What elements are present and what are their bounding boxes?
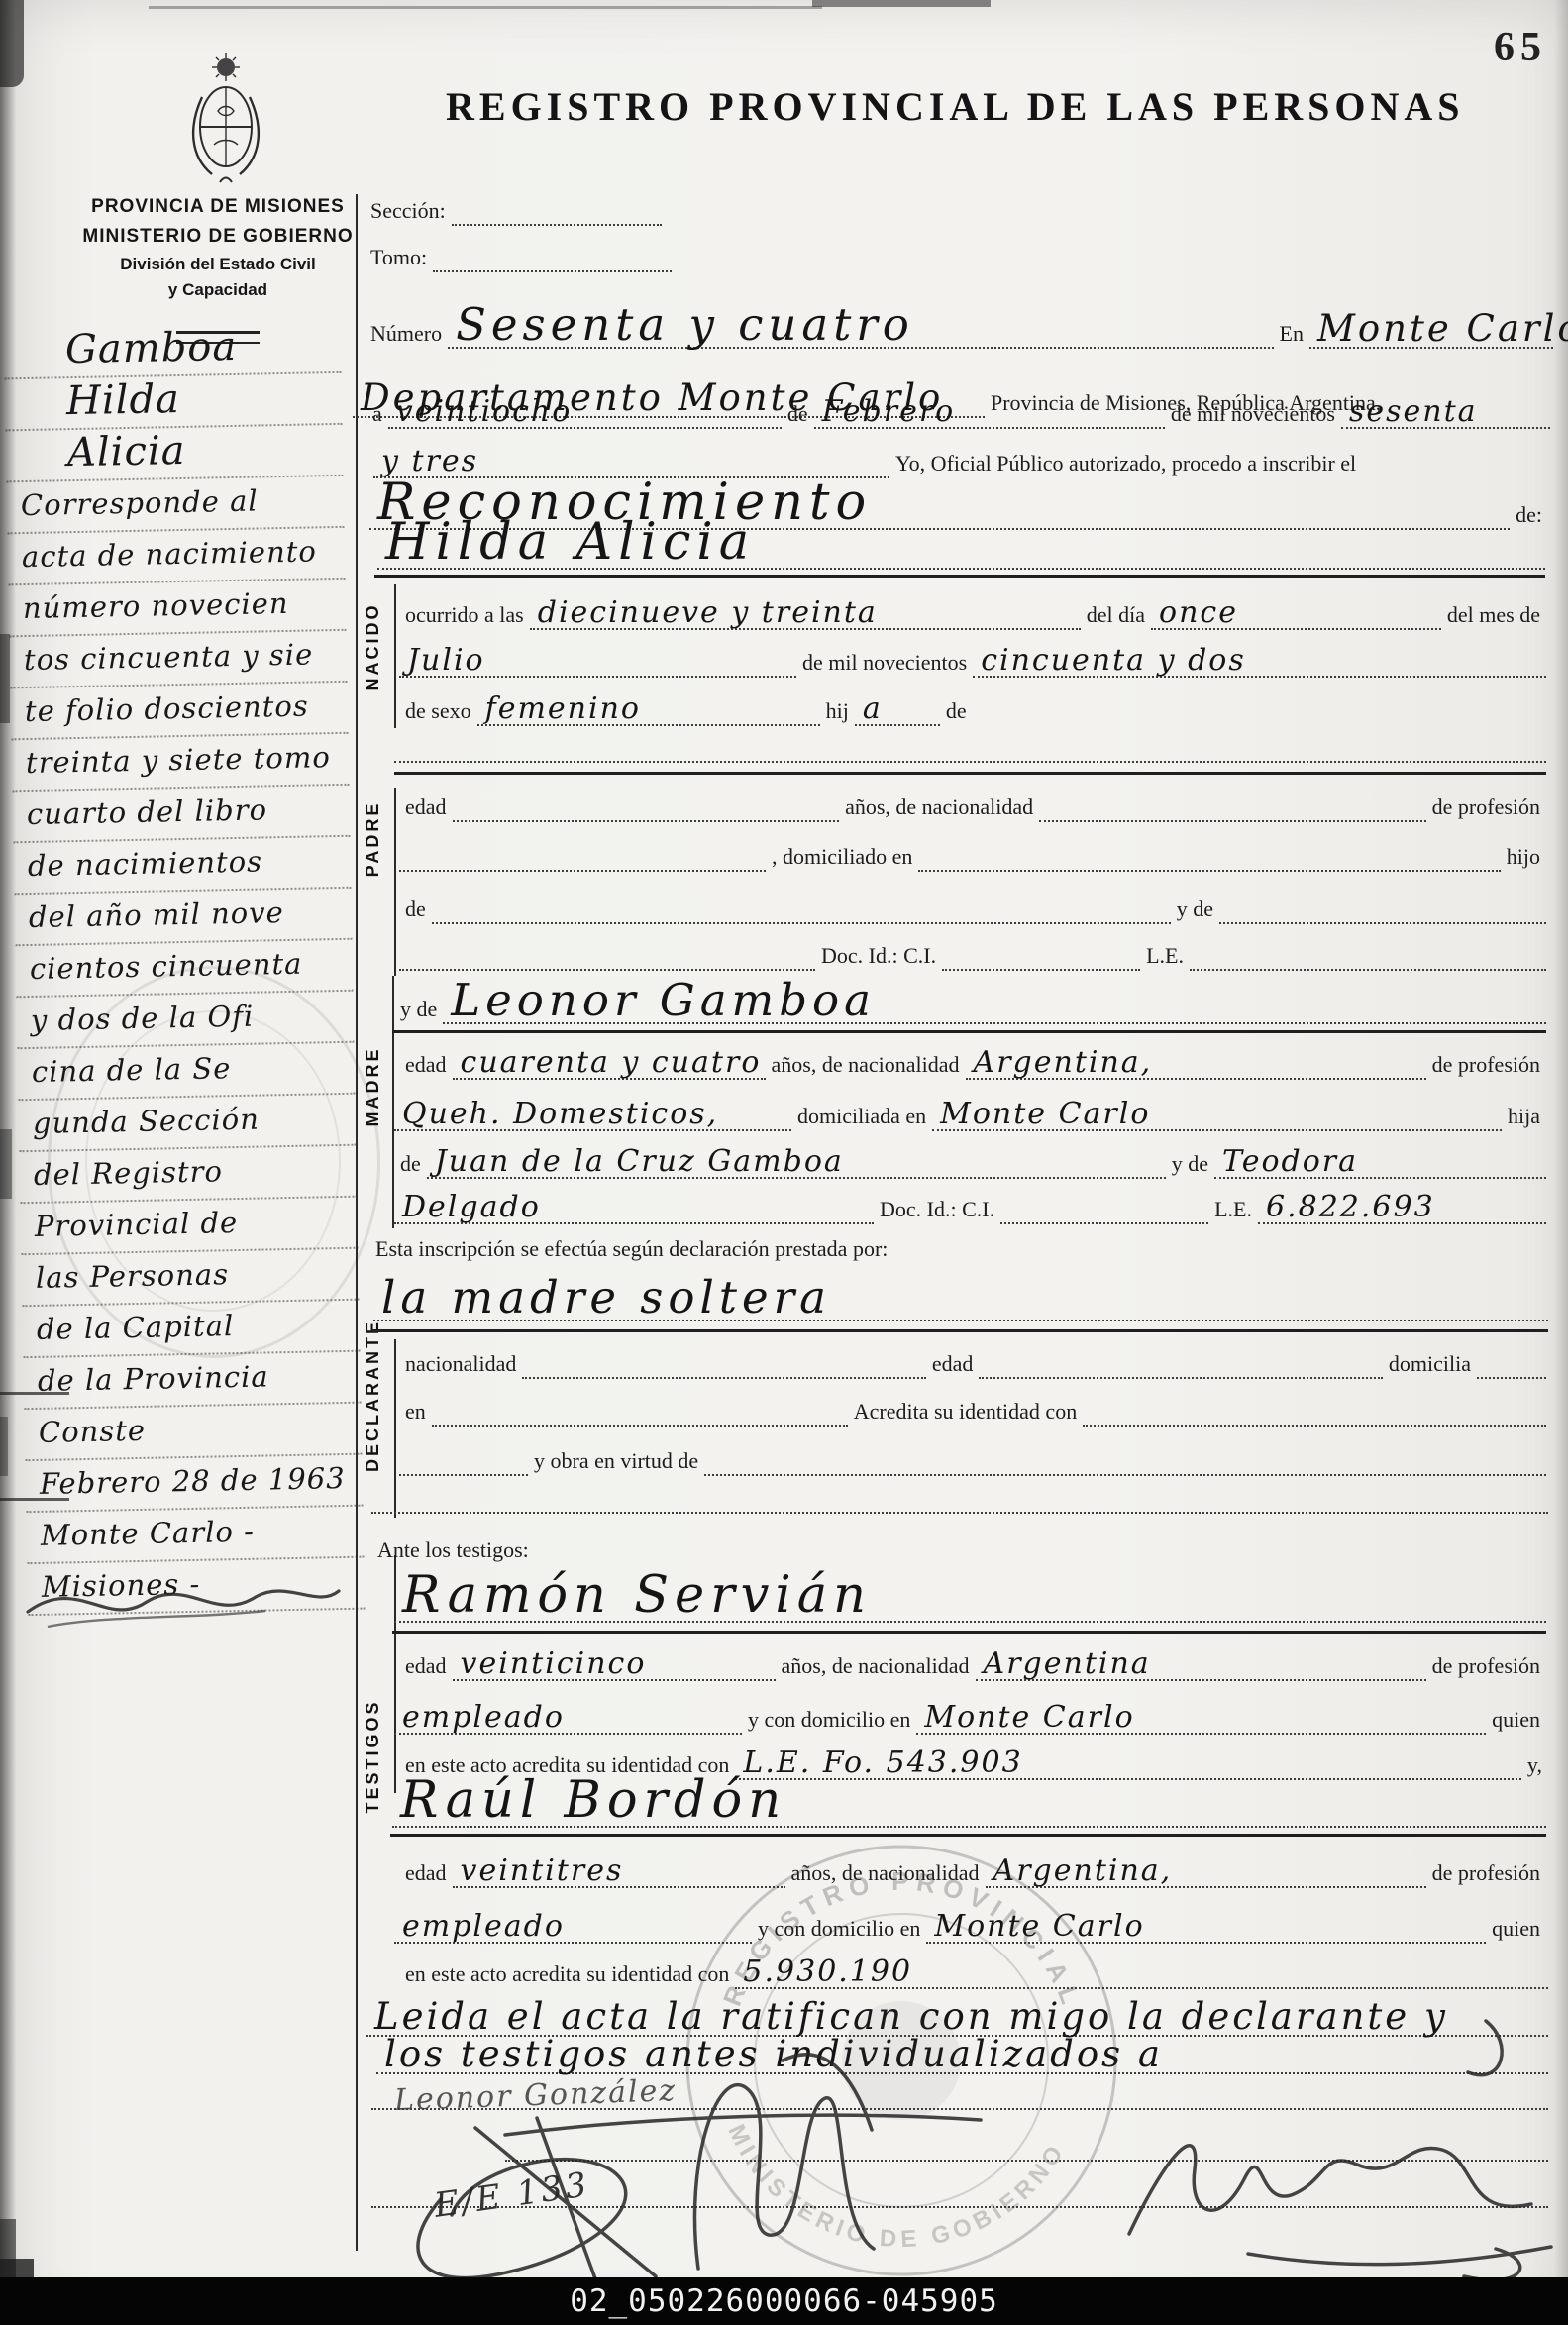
profesion-label: de profesión <box>1426 1052 1546 1080</box>
hora-value: diecinueve y treinta <box>530 598 1081 630</box>
testigo1-nacionalidad-value: Argentina <box>976 1649 1426 1681</box>
madre-nombre-value: Leonor Gamboa <box>443 978 1546 1024</box>
heavy-rule <box>374 575 1545 578</box>
row-declarante-nac: nacionalidad edad domicilia <box>399 1343 1546 1379</box>
margin-note-line: Conste <box>25 1404 363 1462</box>
tomo-label: Tomo: <box>365 245 433 272</box>
row-padre-edad: edad años, de nacionalidad de profesión <box>399 787 1546 822</box>
nacionalidad-label: años, de nacionalidad <box>776 1653 976 1681</box>
edad-label: edad <box>399 1653 453 1681</box>
margin-note-line: tos cincuenta y sie <box>10 631 348 689</box>
row-madre-nombre: y de Leonor Gamboa <box>394 965 1546 1024</box>
blank-field <box>979 1377 1382 1379</box>
blank-field <box>1000 1222 1208 1224</box>
margin-note-line: te folio doscientos <box>11 683 349 741</box>
signature-center <box>783 2055 872 2130</box>
blank-line <box>371 1512 1548 1514</box>
section-bracket <box>394 584 396 728</box>
dia-value: veintiocho <box>388 397 782 429</box>
heavy-rule <box>394 772 1546 775</box>
row-inscripto: Hilda Alicia <box>377 508 1545 570</box>
abuelo-value: Juan de la Cruz Gamboa <box>427 1147 1166 1179</box>
madre-domicilio-value: Monte Carlo <box>932 1100 1502 1131</box>
signature-officer-tail <box>1248 2247 1551 2265</box>
blank-field <box>399 870 766 872</box>
margin-note-line: acta de nacimiento <box>8 528 346 586</box>
margin-note-line: de nacimientos <box>14 837 352 896</box>
blank-field <box>1219 922 1546 924</box>
row-declaracion-por: la madre soltera <box>373 1264 1548 1321</box>
y-de-label: y de <box>394 997 443 1024</box>
edad-label: edad <box>399 794 453 822</box>
blank-field <box>399 1474 528 1476</box>
de-label: de <box>940 698 973 726</box>
margin-note-line: las Personas <box>22 1249 360 1308</box>
testigo2-nombre-value: Raúl Bordón <box>392 1775 1546 1828</box>
row-padre-domicilio: , domiciliado en hijo <box>399 836 1546 872</box>
madre-edad-value: cuarenta y cuatro <box>453 1048 766 1080</box>
quien-label: quien <box>1486 1916 1546 1944</box>
en-label: en <box>399 1399 432 1427</box>
letterhead: PROVINCIA DE MISIONES MINISTERIO DE GOBI… <box>79 192 357 303</box>
row-tomo: Tomo: <box>365 239 672 272</box>
nacionalidad-label: nacionalidad <box>399 1351 522 1379</box>
margin-note-line: del Registro <box>20 1146 358 1205</box>
margin-note-line: Hilda <box>5 373 343 432</box>
signature-flourish <box>1468 2021 1502 2075</box>
scan-mark <box>0 634 10 723</box>
row-padre-abuelos: de y de <box>399 889 1546 924</box>
scan-mark <box>812 0 991 7</box>
margin-note-line: de la Provincia <box>24 1352 362 1411</box>
margin-note-line: Provincial de <box>21 1198 359 1256</box>
blank-field <box>1039 820 1426 822</box>
domicilia-label: domicilia <box>1383 1351 1477 1379</box>
declaracion-intro-label: Esta inscripción se efectúa según declar… <box>369 1236 893 1264</box>
margin-signature <box>18 1567 345 1637</box>
signature-oval <box>418 2160 626 2277</box>
blank-field <box>522 1377 925 1379</box>
section-bracket <box>394 1339 396 1518</box>
blank-field <box>1083 1425 1546 1427</box>
nacionalidad-label: años, de nacionalidad <box>839 794 1039 822</box>
row-ocurrido: ocurrido a las diecinueve y treinta del … <box>399 588 1546 630</box>
scan-mark <box>0 0 24 87</box>
declarado-por-value: la madre soltera <box>373 1275 1548 1321</box>
de-label: de <box>394 1151 427 1179</box>
margin-note-line: número novecien <box>9 580 347 638</box>
row-declaracion-intro: Esta inscripción se efectúa según declar… <box>369 1234 1459 1264</box>
margin-note-line: Corresponde al <box>7 476 345 535</box>
numero-label: Número <box>365 321 448 349</box>
seccion-label: Sección: <box>365 198 452 226</box>
le-label: L.E. <box>1208 1197 1258 1224</box>
y-de-label: y de <box>1171 897 1219 924</box>
blank-line <box>394 761 1546 763</box>
profesion-label: de profesión <box>1426 1860 1546 1888</box>
margin-note-line: Gamboa <box>4 322 342 380</box>
quien-label: quien <box>1486 1707 1546 1735</box>
del-dia-label: del día <box>1081 602 1151 630</box>
edad-label: edad <box>926 1351 980 1379</box>
hija-label: hija <box>1502 1104 1546 1131</box>
abuela-value: Teodora <box>1214 1147 1546 1179</box>
margin-note-line: gunda Sección <box>19 1095 357 1153</box>
footer-id: 02_050226000066-045905 <box>570 2283 998 2319</box>
row-seccion: Sección: <box>365 192 662 226</box>
section-label-nacido: NACIDO <box>363 584 383 709</box>
domicilio-label: y con domicilio en <box>742 1707 916 1735</box>
margin-note: GamboaHildaAliciaCorresponde alacta de n… <box>4 322 366 1616</box>
letterhead-line: División del Estado Civil <box>79 252 357 277</box>
row-testigo1-nombre: Ramón Servián <box>394 1557 1546 1623</box>
nacionalidad-label: años, de nacionalidad <box>766 1052 966 1080</box>
hij-label: hij <box>820 698 855 726</box>
row-numero: Número Sesenta y cuatro En Monte Carlo <box>365 289 1553 349</box>
heavy-rule <box>392 1631 1546 1634</box>
row-madre-abuelos: de Juan de la Cruz Gamboa y de Teodora <box>394 1135 1546 1179</box>
profesion-label: de profesión <box>1426 1653 1546 1681</box>
section-label-madre: MADRE <box>363 1032 383 1141</box>
margin-note-line: Alicia <box>6 425 344 483</box>
section-label-padre: PADRE <box>363 785 383 894</box>
margin-note-line: treinta y siete tomo <box>12 734 350 793</box>
inscripto-value: Hilda Alicia <box>377 517 1545 570</box>
de-label: de <box>782 401 814 429</box>
en-label: En <box>1274 321 1309 349</box>
footer-bar: 02_050226000066-045905 <box>0 2277 1568 2325</box>
scanned-document-page: 65 REGISTRO PROVINCIAL DE LAS PERSONAS P… <box>0 0 1568 2325</box>
testigo1-edad-value: veinticinco <box>453 1649 776 1681</box>
del-mes-label: del mes de <box>1441 602 1546 630</box>
margin-note-line: Febrero 28 de 1963 <box>26 1455 364 1514</box>
heavy-rule <box>371 1329 1548 1332</box>
madre-le-value: 6.822.693 <box>1258 1193 1546 1224</box>
mes-value: Febrero <box>814 397 1165 429</box>
blank-field <box>452 224 662 226</box>
margin-note-line: cientos cincuenta <box>16 940 354 999</box>
row-declarante-obra: y obra en virtud de <box>399 1440 1546 1476</box>
row-mes-nac: Julio de mil novecientos cincuenta y dos <box>399 636 1546 678</box>
signatures <box>357 2001 1568 2277</box>
blank-field <box>453 820 840 822</box>
page-number: 65 <box>1494 24 1547 71</box>
edad-label: edad <box>399 1052 453 1080</box>
madre-nacionalidad-value: Argentina, <box>966 1048 1426 1080</box>
abuela2-value: Delgado <box>394 1193 874 1224</box>
form-border <box>356 194 358 2251</box>
testigo1-profesion-value: empleado <box>394 1703 742 1735</box>
row-madre-doc: Delgado Doc. Id.: C.I. L.E. 6.822.693 <box>394 1181 1546 1224</box>
sexo-value: femenino <box>477 694 820 726</box>
letterhead-line: PROVINCIA DE MISIONES <box>79 192 357 222</box>
blank-field <box>432 1425 848 1427</box>
domiciliado-label: , domiciliado en <box>766 844 918 872</box>
edad-label: edad <box>399 1860 453 1888</box>
signature-officer <box>1129 2146 1531 2234</box>
row-madre-edad: edad cuarenta y cuatro años, de nacional… <box>399 1036 1546 1080</box>
doc-id-label: Doc. Id.: C.I. <box>874 1197 1000 1224</box>
section-bracket <box>394 788 396 976</box>
hijo-label: hijo <box>1501 844 1546 872</box>
blank-field <box>433 270 672 272</box>
numero-value: Sesenta y cuatro <box>448 302 1273 349</box>
hij-sufijo-value: a <box>855 694 940 726</box>
row-testigo1-domicilio: empleado y con domicilio en Monte Carlo … <box>394 1689 1546 1735</box>
margin-note-line: Monte Carlo - <box>27 1507 365 1565</box>
row-fecha: a veintiocho de Febrero de mil novecient… <box>366 387 1550 429</box>
anio-value: sesenta <box>1341 397 1550 429</box>
scan-mark <box>149 6 822 9</box>
mes-nac-value: Julio <box>399 646 796 678</box>
de-mil-label: de mil novecientos <box>1165 401 1341 429</box>
margin-note-line: cina de la Se <box>18 1043 356 1102</box>
letterhead-line: y Capacidad <box>79 277 357 303</box>
section-label-testigos: TESTIGOS <box>363 1692 383 1821</box>
row-madre-profesion: Queh. Domesticos, domiciliada en Monte C… <box>394 1088 1546 1131</box>
a-label: a <box>366 401 388 429</box>
obra-label: y obra en virtud de <box>528 1448 704 1476</box>
margin-note-line: y dos de la Ofi <box>17 992 355 1050</box>
letterhead-line: MINISTERIO DE GOBIERNO <box>79 222 357 252</box>
de-sexo-label: de sexo <box>399 698 477 726</box>
lugar-value: Monte Carlo <box>1309 310 1553 349</box>
scan-mark <box>0 1417 8 1476</box>
domiciliada-label: domiciliada en <box>791 1104 932 1131</box>
dia-nac-value: once <box>1151 598 1441 630</box>
ocurrido-label: ocurrido a las <box>399 602 530 630</box>
de-mil-label: de mil novecientos <box>796 650 973 678</box>
blank-field <box>1477 1377 1546 1379</box>
anio-nac-value: cincuenta y dos <box>973 646 1546 678</box>
blank-field <box>432 922 1171 924</box>
scan-mark <box>0 1129 12 1199</box>
madre-profesion-value: Queh. Domesticos, <box>394 1100 791 1131</box>
blank-field <box>704 1474 1546 1476</box>
y-de-label: y de <box>1166 1151 1214 1179</box>
row-testigo2-nombre: Raúl Bordón <box>392 1764 1546 1828</box>
margin-note-line: cuarto del libro <box>13 786 351 844</box>
pen-stroke <box>505 2115 981 2135</box>
profesion-label: de profesión <box>1426 794 1546 822</box>
testigo1-nombre-value: Ramón Servián <box>394 1570 1546 1623</box>
document-title: REGISTRO PROVINCIAL DE LAS PERSONAS <box>446 83 1317 130</box>
row-testigo1-edad: edad veinticinco años, de nacionalidad A… <box>399 1636 1546 1681</box>
section-label-declarante: DECLARANTE <box>363 1323 383 1472</box>
margin-note-line: de la Capital <box>23 1301 361 1359</box>
signature-center <box>694 2085 874 2269</box>
margin-note-line: del año mil nove <box>15 889 353 947</box>
de-label: de <box>399 897 432 924</box>
row-sexo: de sexo femenino hij a de <box>399 685 1093 726</box>
coat-of-arms-icon <box>178 46 273 186</box>
row-declarante-en: en Acredita su identidad con <box>399 1391 1546 1427</box>
testigo1-domicilio-value: Monte Carlo <box>916 1703 1486 1735</box>
acredita-label: Acredita su identidad con <box>848 1399 1083 1427</box>
heavy-rule <box>392 1030 1546 1033</box>
blank-field <box>918 870 1500 872</box>
